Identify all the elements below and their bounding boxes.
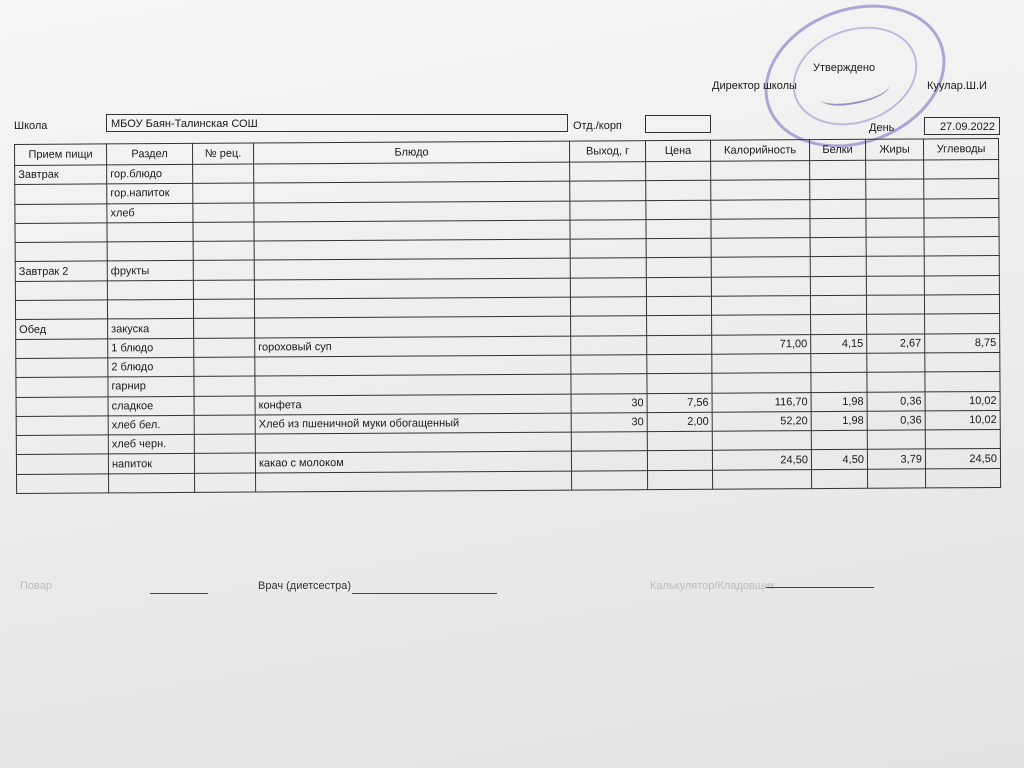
cell-recipe: [194, 376, 255, 396]
dept-field: [645, 115, 711, 133]
cell-calories: [711, 238, 810, 258]
col-protein: Белки: [809, 139, 865, 160]
cell-section: фрукты: [107, 261, 193, 281]
cell-carbs: [926, 468, 1001, 488]
cell-fat: [866, 295, 924, 315]
cell-protein: [810, 237, 866, 257]
cell-price: [647, 431, 712, 451]
doctor-label: Врач (диетсестра): [258, 580, 351, 592]
cell-fat: [866, 256, 924, 276]
cell-carbs: [924, 159, 999, 179]
cell-yield: [570, 239, 646, 259]
cell-calories: [711, 296, 810, 316]
cell-fat: 3,79: [867, 449, 925, 469]
cook-label: Повар: [20, 580, 52, 592]
cell-fat: 0,36: [867, 392, 925, 412]
cell-meal: [16, 454, 108, 474]
cell-yield: [571, 355, 647, 375]
cell-calories: [711, 199, 810, 219]
cell-price: [646, 258, 711, 278]
cell-meal: [15, 281, 107, 301]
cell-calories: [712, 354, 811, 374]
cell-protein: [811, 430, 867, 450]
cell-fat: [867, 353, 925, 373]
cell-protein: [810, 199, 866, 219]
cell-price: 2,00: [647, 412, 712, 432]
menu-table: Прием пищи Раздел № рец. Блюдо Выход, г …: [14, 138, 1001, 494]
cell-section: 2 блюдо: [108, 357, 194, 377]
cell-meal: [15, 223, 107, 243]
doctor-signature-line: [352, 593, 497, 594]
cell-carbs: [925, 430, 1000, 450]
cell-section: хлеб бел.: [108, 415, 194, 435]
cell-carbs: 10,02: [925, 391, 1000, 411]
cell-calories: 52,20: [712, 411, 811, 431]
cell-section: [107, 299, 193, 319]
cell-yield: [570, 258, 646, 278]
cell-section: хлеб: [107, 203, 193, 223]
cell-price: 7,56: [647, 393, 712, 413]
cell-dish: [256, 471, 572, 492]
cell-recipe: [194, 396, 255, 416]
cell-yield: [570, 162, 646, 182]
cell-dish: [255, 355, 571, 376]
cell-carbs: [924, 217, 999, 237]
approved-label: Утверждено: [813, 62, 875, 74]
cell-yield: [570, 200, 646, 220]
cell-recipe: [193, 222, 254, 242]
cell-dish: какао с молоком: [255, 452, 571, 473]
cell-fat: [866, 160, 924, 180]
cell-section: гор.блюдо: [107, 164, 193, 184]
cell-protein: [812, 469, 868, 489]
cell-fat: 2,67: [867, 334, 925, 354]
cell-recipe: [194, 453, 255, 473]
school-label: Школа: [14, 120, 47, 132]
cell-meal: [16, 396, 108, 416]
cell-meal: [16, 416, 108, 436]
cell-section: [107, 280, 193, 300]
cook-signature-line: [150, 593, 208, 594]
cell-carbs: [925, 352, 1000, 372]
cell-recipe: [195, 473, 256, 493]
cell-dish: [254, 278, 570, 299]
cell-fat: [867, 430, 925, 450]
cell-meal: [15, 242, 107, 262]
cell-calories: [711, 257, 810, 277]
cell-price: [648, 470, 713, 490]
cell-yield: [572, 470, 648, 490]
cell-calories: [711, 180, 810, 200]
storekeeper-label: Калькулятор/Кладовщик: [650, 580, 775, 592]
cell-recipe: [193, 183, 254, 203]
cell-recipe: [193, 164, 254, 184]
cell-meal: [15, 204, 107, 224]
cell-carbs: [925, 314, 1000, 334]
cell-dish: [254, 239, 570, 260]
cell-meal: Обед: [16, 319, 108, 339]
cell-calories: [711, 161, 810, 181]
cell-carbs: [924, 275, 999, 295]
day-field: 27.09.2022: [924, 117, 1000, 135]
cell-section: гор.напиток: [107, 184, 193, 204]
cell-yield: [571, 432, 647, 452]
cell-carbs: 24,50: [925, 449, 1000, 469]
col-section: Раздел: [107, 143, 193, 165]
cell-yield: [570, 297, 646, 317]
cell-price: [646, 161, 711, 181]
approval-block: Утверждено Директор школы Куулар.Ш.И: [712, 60, 1012, 100]
cell-protein: [810, 295, 866, 315]
cell-carbs: 10,02: [925, 410, 1000, 430]
col-price: Цена: [645, 140, 710, 161]
director-name: Куулар.Ш.И: [927, 80, 987, 92]
cell-fat: 0,36: [867, 411, 925, 431]
cell-fat: [867, 372, 925, 392]
cell-protein: [811, 373, 867, 393]
cell-dish: гороховый суп: [255, 336, 571, 357]
cell-calories: [712, 373, 811, 393]
cell-dish: [254, 259, 570, 280]
cell-section: [109, 473, 195, 493]
cell-recipe: [193, 261, 254, 281]
cell-price: [646, 181, 711, 201]
cell-section: 1 блюдо: [108, 338, 194, 358]
cell-yield: [570, 277, 646, 297]
cell-fat: [866, 218, 924, 238]
cell-protein: [811, 353, 867, 373]
cell-dish: [254, 297, 570, 318]
dept-label: Отд./корп: [573, 120, 622, 132]
cell-dish: [254, 220, 570, 241]
cell-meal: Завтрак: [15, 165, 107, 185]
cell-recipe: [194, 357, 255, 377]
cell-protein: 4,15: [811, 334, 867, 354]
cell-price: [647, 374, 712, 394]
cell-meal: [16, 339, 108, 359]
cell-section: напиток: [108, 454, 194, 474]
cell-recipe: [193, 203, 254, 223]
cell-calories: 24,50: [712, 450, 811, 470]
cell-dish: [254, 201, 570, 222]
cell-carbs: [924, 256, 999, 276]
col-yield: Выход, г: [569, 141, 645, 162]
cell-price: [646, 200, 711, 220]
col-carbs: Углеводы: [923, 138, 998, 159]
cell-section: сладкое: [108, 396, 194, 416]
cell-recipe: [194, 434, 255, 454]
cell-calories: [711, 276, 810, 296]
cell-price: [646, 296, 711, 316]
day-label: День: [869, 122, 894, 134]
cell-section: [107, 222, 193, 242]
col-dish: Блюдо: [253, 141, 569, 164]
cell-recipe: [193, 299, 254, 319]
cell-dish: [254, 181, 570, 202]
cell-protein: [810, 257, 866, 277]
cell-yield: 30: [571, 412, 647, 432]
school-field: МБОУ Баян-Талинская СОШ: [106, 114, 568, 132]
cell-carbs: [924, 198, 999, 218]
director-label: Директор школы: [712, 80, 797, 92]
cell-dish: [255, 432, 571, 453]
cell-meal: Завтрак 2: [15, 261, 107, 281]
cell-recipe: [193, 241, 254, 261]
cell-carbs: [925, 372, 1000, 392]
cell-meal: [16, 377, 108, 397]
cell-calories: 71,00: [712, 334, 811, 354]
cell-section: хлеб черн.: [108, 435, 194, 455]
cell-section: закуска: [108, 319, 194, 339]
cell-dish: Хлеб из пшеничной муки обогащенный: [255, 413, 571, 434]
cell-yield: [571, 316, 647, 336]
cell-price: [646, 277, 711, 297]
cell-meal: [17, 474, 109, 494]
cell-protein: 1,98: [811, 392, 867, 412]
cell-calories: 116,70: [712, 392, 811, 412]
cell-recipe: [193, 280, 254, 300]
cell-price: [647, 316, 712, 336]
cell-protein: [810, 276, 866, 296]
cell-meal: [15, 184, 107, 204]
cell-section: [107, 242, 193, 262]
cell-carbs: [924, 295, 999, 315]
cell-carbs: [924, 179, 999, 199]
cell-price: [647, 451, 712, 471]
col-fat: Жиры: [865, 139, 923, 160]
cell-fat: [866, 199, 924, 219]
cell-fat: [866, 179, 924, 199]
cell-yield: [571, 335, 647, 355]
cell-meal: [16, 358, 108, 378]
cell-protein: 1,98: [811, 411, 867, 431]
cell-calories: [711, 219, 810, 239]
cell-carbs: 8,75: [925, 333, 1000, 353]
cell-fat: [866, 276, 924, 296]
cell-yield: [571, 451, 647, 471]
cell-dish: [254, 162, 570, 183]
cell-meal: [15, 300, 107, 320]
cell-fat: [866, 237, 924, 257]
cell-price: [646, 219, 711, 239]
cell-section: гарнир: [108, 377, 194, 397]
cell-recipe: [194, 415, 255, 435]
cell-yield: [570, 181, 646, 201]
col-calories: Калорийность: [710, 140, 809, 162]
cell-recipe: [194, 318, 255, 338]
col-meal: Прием пищи: [15, 144, 107, 166]
cell-protein: [810, 160, 866, 180]
cell-recipe: [194, 338, 255, 358]
cell-calories: [712, 431, 811, 451]
cell-price: [647, 354, 712, 374]
cell-calories: [712, 315, 811, 335]
storekeeper-signature-line: [766, 587, 874, 588]
cell-calories: [713, 469, 812, 489]
cell-dish: [255, 316, 571, 337]
cell-dish: конфета: [255, 394, 571, 415]
cell-protein: 4,50: [811, 450, 867, 470]
cell-fat: [868, 469, 926, 489]
cell-price: [646, 238, 711, 258]
cell-protein: [811, 315, 867, 335]
cell-protein: [810, 180, 866, 200]
col-recipe: № рец.: [192, 143, 253, 164]
cell-price: [647, 335, 712, 355]
cell-yield: [571, 374, 647, 394]
cell-meal: [16, 435, 108, 455]
cell-yield: [570, 220, 646, 240]
cell-protein: [810, 218, 866, 238]
cell-fat: [867, 314, 925, 334]
cell-carbs: [924, 237, 999, 257]
cell-yield: 30: [571, 393, 647, 413]
cell-dish: [255, 374, 571, 395]
